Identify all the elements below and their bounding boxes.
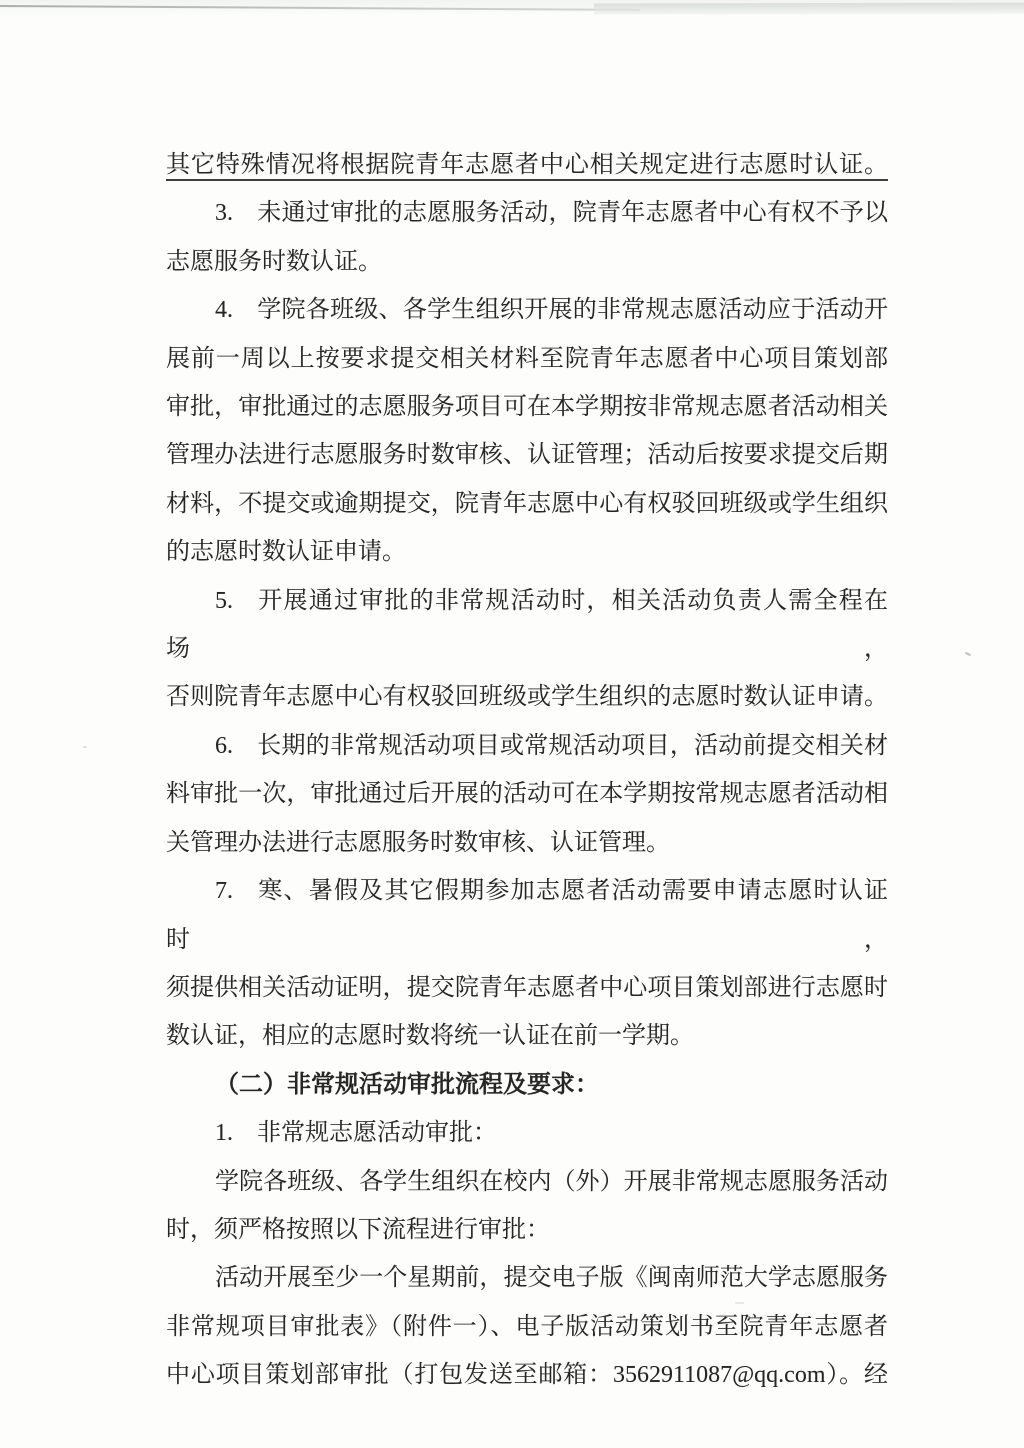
text-line: 否则院青年志愿中心有权驳回班级或学生组织的志愿时数认证申请。	[166, 673, 888, 721]
document-body: 其它特殊情况将根据院青年志愿者中心相关规定进行志愿时认证。3. 未通过审批的志愿…	[166, 141, 888, 1400]
text-line: 其它特殊情况将根据院青年志愿者中心相关规定进行志愿时认证。	[166, 141, 888, 189]
text-line: 非常规项目审批表》（附件一）、电子版活动策划书至院青年志愿者	[166, 1303, 888, 1351]
text-line: 时，须严格按照以下流程进行审批：	[166, 1206, 888, 1254]
scan-speck	[83, 746, 87, 748]
scan-edge-band	[594, 3, 1024, 15]
text-line: 5. 开展通过审批的非常规活动时，相关活动负责人需全程在场，	[166, 577, 888, 674]
scan-speck	[965, 652, 971, 656]
text-line: 学院各班级、各学生组织在校内（外）开展非常规志愿服务活动	[166, 1158, 888, 1206]
text-line: 数认证，相应的志愿时数将统一认证在前一学期。	[166, 1012, 888, 1060]
text-line: 管理办法进行志愿服务时数审核、认证管理；活动后按要求提交后期	[166, 431, 888, 479]
text-line: 4. 学院各班级、各学生组织开展的非常规志愿活动应于活动开	[166, 286, 888, 334]
text-line: 中心项目策划部审批（打包发送至邮箱：3562911087@qq.com）。经	[166, 1351, 888, 1399]
text-line: 活动开展至少一个星期前，提交电子版《闽南师范大学志愿服务	[166, 1254, 888, 1302]
text-line: 的志愿时数认证申请。	[166, 528, 888, 576]
scanned-document-page: 其它特殊情况将根据院青年志愿者中心相关规定进行志愿时认证。3. 未通过审批的志愿…	[0, 0, 1024, 1448]
text-line: 料审批一次，审批通过后开展的活动可在本学期按常规志愿者活动相	[166, 770, 888, 818]
text-line: 7. 寒、暑假及其它假期参加志愿者活动需要申请志愿时认证时，	[166, 867, 888, 964]
text-line: 志愿服务时数认证。	[166, 238, 888, 286]
text-line: 3. 未通过审批的志愿服务活动，院青年志愿者中心有权不予以	[166, 189, 888, 237]
text-line: （二）非常规活动审批流程及要求：	[166, 1061, 888, 1109]
text-line: 须提供相关活动证明，提交院青年志愿者中心项目策划部进行志愿时	[166, 964, 888, 1012]
text-line: 展前一周以上按要求提交相关材料至院青年志愿者中心项目策划部	[166, 335, 888, 383]
text-line: 材料，不提交或逾期提交，院青年志愿中心有权驳回班级或学生组织	[166, 480, 888, 528]
text-line: 1. 非常规志愿活动审批：	[166, 1109, 888, 1157]
text-line: 6. 长期的非常规活动项目或常规活动项目，活动前提交相关材	[166, 722, 888, 770]
text-line: 审批，审批通过的志愿服务项目可在本学期按非常规志愿者活动相关	[166, 383, 888, 431]
text-line: 关管理办法进行志愿服务时数审核、认证管理。	[166, 819, 888, 867]
